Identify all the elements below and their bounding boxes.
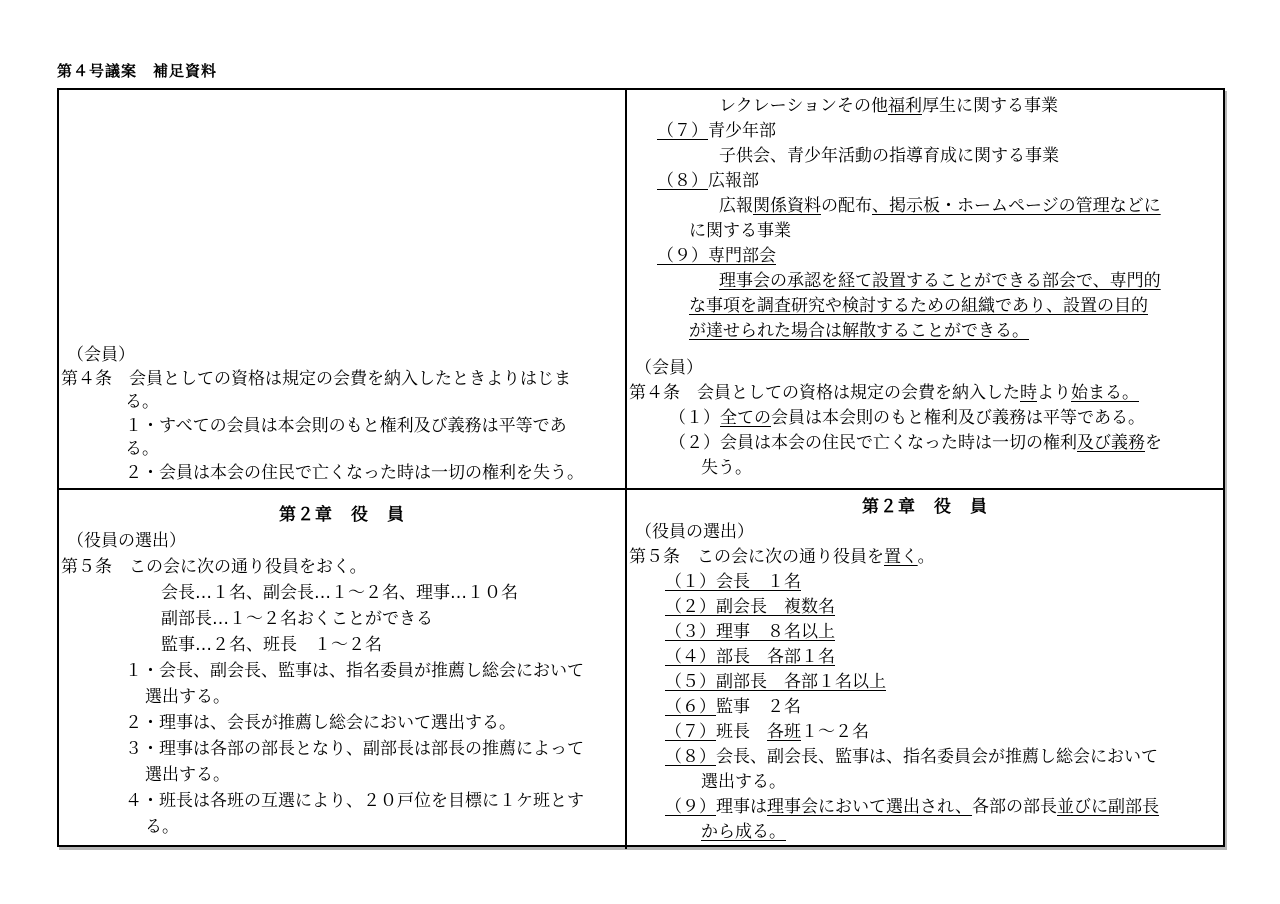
text-segment: 会員は本会則のもと権利及び義務は平等である。 — [771, 408, 1145, 428]
text-segment: 会長、副会長、監事は、指名委員会が推薦し総会において — [716, 747, 1158, 767]
text-line: に関する事業 — [629, 219, 1221, 244]
text-segment: を — [1145, 433, 1162, 453]
text-segment: 。 — [918, 547, 935, 567]
comparison-table: （会員）第４条 会員としての資格は規定の会費を納入したときよりはじまる。１・すべ… — [57, 88, 1225, 847]
text-line: （１）会長 １名 — [629, 570, 1221, 595]
text-line: 会長…１名、副会長…１～２名、理事…１０名 — [61, 580, 623, 606]
revised-text-segment: （７） — [665, 722, 716, 742]
text-line: 広報関係資料の配布、掲示板・ホームページの管理などに — [629, 194, 1221, 219]
new-text-cell-officers: 第２章 役 員（役員の選出）第５条 この会に次の通り役員を置く。（１）会長 １名… — [625, 490, 1223, 849]
text-segment: 子供会、青少年活動の指導育成に関する事業 — [719, 146, 1059, 166]
text-segment: （１） — [669, 408, 720, 428]
text-line: （４）部長 各部１名 — [629, 645, 1221, 670]
revised-text-segment: が達せられた場合は解散することができる。 — [689, 321, 1029, 341]
text-segment: １・会長、副会長、監事は、指名委員が推薦し総会において — [125, 661, 584, 681]
revised-text-segment: （５）副部長 各部１名以上 — [665, 672, 886, 692]
text-line: （２）副会長 複数名 — [629, 595, 1221, 620]
text-line: （９）理事は理事会において選出され、各部の部長並びに副部長 — [629, 795, 1221, 820]
revised-text-segment: （４）部長 各部１名 — [665, 647, 835, 667]
revised-text-segment: （１）会長 １名 — [665, 572, 801, 592]
text-segment: 失う。 — [701, 458, 752, 478]
text-line: 選出する。 — [629, 770, 1221, 795]
text-line: （３）理事 ８名以上 — [629, 620, 1221, 645]
text-segment: 厚生に関する事業 — [922, 96, 1058, 116]
revised-text-segment: から成る。 — [701, 822, 786, 842]
text-line: 選出する。 — [61, 762, 623, 788]
text-line: る。 — [61, 814, 623, 840]
old-text-cell-members: （会員）第４条 会員としての資格は規定の会費を納入したときよりはじまる。１・すべ… — [59, 90, 625, 488]
text-segment: ２・理事は、会長が推薦し総会において選出する。 — [125, 713, 516, 733]
revised-text-segment: （２）副会長 複数名 — [665, 597, 835, 617]
text-line: る。 — [61, 438, 623, 462]
revised-text-segment: 時 — [1020, 383, 1037, 403]
text-line: （会員） — [61, 344, 623, 368]
text-segment: （会員） — [67, 345, 135, 365]
text-segment: る。 — [145, 817, 179, 837]
text-segment: る。 — [125, 439, 159, 459]
text-segment: （役員の選出） — [67, 531, 186, 551]
old-text-cell-officers: 第２章 役 員（役員の選出）第５条 この会に次の通り役員をおく。会長…１名、副会… — [59, 490, 625, 849]
table-row-officers: 第２章 役 員（役員の選出）第５条 この会に次の通り役員をおく。会長…１名、副会… — [59, 488, 1223, 849]
text-segment: 副部長…１～２名おくことができる — [161, 609, 433, 629]
text-segment: 理事は — [716, 797, 767, 817]
text-segment: １～２名 — [801, 722, 869, 742]
text-line: １・すべての会員は本会則のもと権利及び義務は平等であ — [61, 415, 623, 439]
text-line: 第５条 この会に次の通り役員をおく。 — [61, 554, 623, 580]
text-line: レクレーションその他福利厚生に関する事業 — [629, 94, 1221, 119]
text-segment: 第２章 役 員 — [279, 505, 405, 525]
text-line: 第５条 この会に次の通り役員を置く。 — [629, 545, 1221, 570]
text-segment: 広報 — [719, 196, 753, 216]
text-segment: （２）会員は本会の住民で亡くなった時は一切の権利 — [669, 433, 1077, 453]
revised-text-segment: な事項を調査研究や検討するための組織であり、設置の目的 — [689, 296, 1148, 316]
text-segment: 監事…２名、班長 １～２名 — [161, 635, 382, 655]
revised-text-segment: 理事会において選出され、 — [767, 797, 972, 817]
text-line: る。 — [61, 391, 623, 415]
revised-text-segment: 、掲示板・ホームページの管理などに — [872, 196, 1161, 216]
text-line: （役員の選出） — [629, 520, 1221, 545]
text-line: ２・会員は本会の住民で亡くなった時は一切の権利を失う。 — [61, 462, 623, 486]
text-segment: より — [1037, 383, 1071, 403]
text-segment: 会長…１名、副会長…１～２名、理事…１０名 — [161, 583, 518, 603]
revised-text-segment: 始まる。 — [1071, 383, 1139, 403]
text-line: 監事…２名、班長 １～２名 — [61, 632, 623, 658]
text-segment: 第４条 会員としての資格は規定の会費を納入した — [629, 383, 1020, 403]
revised-text-segment: 全ての — [720, 408, 771, 428]
text-segment: 第５条 この会に次の通り役員を — [629, 547, 884, 567]
text-line: 選出する。 — [61, 684, 623, 710]
text-line: 失う。 — [629, 456, 1221, 481]
text-line: （６）監事 ２名 — [629, 695, 1221, 720]
text-segment: 選出する。 — [145, 765, 230, 785]
text-segment: 第５条 この会に次の通り役員をおく。 — [61, 557, 367, 577]
text-segment: （会員） — [635, 358, 703, 378]
text-line: １・会長、副会長、監事は、指名委員が推薦し総会において — [61, 658, 623, 684]
text-line: （７）班長 各班１～２名 — [629, 720, 1221, 745]
revised-text-segment: （６） — [665, 697, 716, 717]
text-line: （役員の選出） — [61, 528, 623, 554]
revised-text-segment: 福利 — [888, 96, 922, 116]
text-line: （会員） — [629, 356, 1221, 381]
text-line: ２・理事は、会長が推薦し総会において選出する。 — [61, 710, 623, 736]
text-segment: 第４条 会員としての資格は規定の会費を納入したときよりはじま — [61, 369, 571, 389]
text-line: 第４条 会員としての資格は規定の会費を納入した時より始まる。 — [629, 381, 1221, 406]
blank-line — [61, 94, 623, 344]
text-line: （７）青少年部 — [629, 119, 1221, 144]
text-segment: る。 — [125, 392, 159, 412]
revised-text-segment: 理事会の承認を経て設置することができる部会で、専門的 — [719, 271, 1161, 291]
blank-line — [629, 344, 1221, 356]
text-line: （１）全ての会員は本会則のもと権利及び義務は平等である。 — [629, 406, 1221, 431]
text-line: ４・班長は各班の互選により、２０戸位を目標に１ケ班とす — [61, 788, 623, 814]
revised-text-segment: 置く — [884, 547, 918, 567]
text-line: 副部長…１～２名おくことができる — [61, 606, 623, 632]
revised-text-segment: 並びに副部長 — [1057, 797, 1159, 817]
text-line: （５）副部長 各部１名以上 — [629, 670, 1221, 695]
text-line: （８）広報部 — [629, 169, 1221, 194]
text-line: （２）会員は本会の住民で亡くなった時は一切の権利及び義務を — [629, 431, 1221, 456]
text-line: （８）会長、副会長、監事は、指名委員会が推薦し総会において — [629, 745, 1221, 770]
text-segment: ２・会員は本会の住民で亡くなった時は一切の権利を失う。 — [125, 463, 584, 483]
text-line: 子供会、青少年活動の指導育成に関する事業 — [629, 144, 1221, 169]
text-line: 第４条 会員としての資格は規定の会費を納入したときよりはじま — [61, 368, 623, 392]
text-segment: 青少年部 — [708, 121, 776, 141]
text-line: 理事会の承認を経て設置することができる部会で、専門的 — [629, 269, 1221, 294]
text-segment: 第２章 役 員 — [862, 497, 988, 517]
revised-text-segment: 及び義務 — [1077, 433, 1145, 453]
revised-text-segment: （８） — [665, 747, 716, 767]
text-segment: （役員の選出） — [635, 522, 754, 542]
text-line: 第２章 役 員 — [629, 495, 1221, 520]
text-segment: 選出する。 — [701, 772, 786, 792]
text-segment: 監事 ２名 — [716, 697, 801, 717]
text-segment: 班長 — [716, 722, 767, 742]
text-line: （９）専門部会 — [629, 244, 1221, 269]
text-segment: ３・理事は各部の部長となり、副部長は部長の推薦によって — [125, 739, 584, 759]
revised-text-segment: （９） — [665, 797, 716, 817]
text-segment: 選出する。 — [145, 687, 230, 707]
text-line: 第２章 役 員 — [61, 502, 623, 528]
table-row-members: （会員）第４条 会員としての資格は規定の会費を納入したときよりはじまる。１・すべ… — [59, 90, 1223, 488]
text-segment: レクレーションその他 — [719, 96, 888, 116]
text-segment: に関する事業 — [689, 221, 791, 241]
revised-text-segment: （３）理事 ８名以上 — [665, 622, 835, 642]
revised-text-segment: （７） — [657, 121, 708, 141]
text-segment: ４・班長は各班の互選により、２０戸位を目標に１ケ班とす — [125, 791, 584, 811]
text-segment: 各部の部長 — [972, 797, 1057, 817]
text-segment: の配布 — [821, 196, 872, 216]
text-line: ３・理事は各部の部長となり、副部長は部長の推薦によって — [61, 736, 623, 762]
text-segment: １・すべての会員は本会則のもと権利及び義務は平等であ — [125, 416, 567, 436]
text-segment: 広報部 — [708, 171, 759, 191]
text-line: から成る。 — [629, 820, 1221, 845]
revised-text-segment: 各班 — [767, 722, 801, 742]
revised-text-segment: （９）専門部会 — [657, 246, 776, 266]
revised-text-segment: 関係資料 — [753, 196, 821, 216]
revised-text-segment: （８） — [657, 171, 708, 191]
new-text-cell-members: レクレーションその他福利厚生に関する事業（７）青少年部子供会、青少年活動の指導育… — [625, 90, 1223, 488]
page-title: 第４号議案 補足資料 — [57, 60, 217, 81]
text-line: な事項を調査研究や検討するための組織であり、設置の目的 — [629, 294, 1221, 319]
text-line: が達せられた場合は解散することができる。 — [629, 319, 1221, 344]
